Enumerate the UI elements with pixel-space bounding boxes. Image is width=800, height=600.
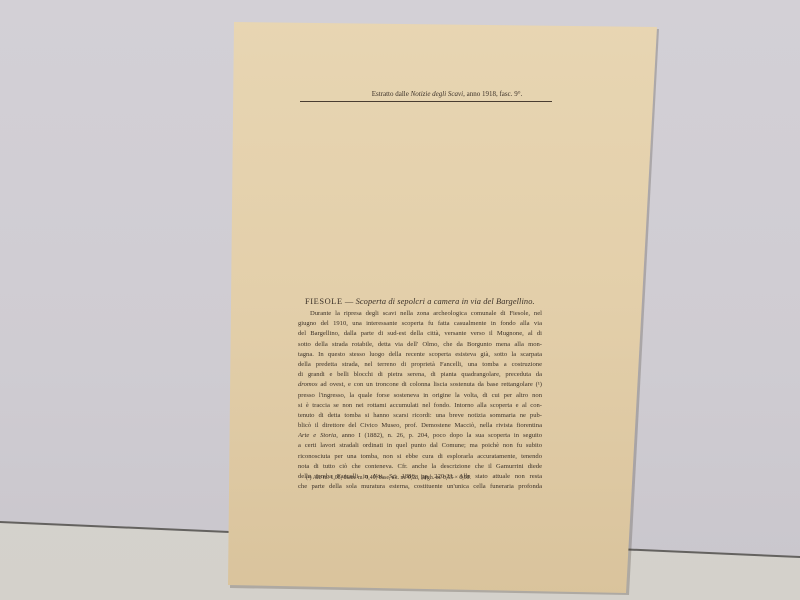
body-line: blicò il direttore del Civico Museo, pro… — [298, 421, 542, 431]
body-line: Arte e Storia, anno I (1882), n. 26, p. … — [298, 431, 542, 441]
footnote: (¹) Alt. m. 1,08, diam. m. 0,49; base, a… — [306, 475, 546, 481]
body-line: sotto della strada rotabile, detta via d… — [298, 340, 542, 350]
body-line: di grandi e belli blocchi di pietra sere… — [298, 370, 542, 380]
body-line: tenuto di detta tomba si hanno scarsi ri… — [298, 411, 542, 421]
document-text: Estratto dalle Notizie degli Scavi, anno… — [0, 0, 800, 600]
title-subject: Scoperta di sepolcri a camera in via del… — [356, 297, 535, 306]
header-rule — [300, 101, 552, 102]
body-line: che parte della sola muratura esterna, c… — [298, 482, 542, 492]
body-line: del Bargellino, dalla parte di sud-est d… — [298, 329, 542, 339]
article-body: Durante la ripresa degli scavi nella zon… — [298, 309, 542, 492]
body-line: Durante la ripresa degli scavi nella zon… — [298, 309, 542, 319]
body-line: a certi lavori stradali ordinati in quel… — [298, 441, 542, 451]
body-line: presso l'ingresso, la quale forse sosten… — [298, 391, 542, 401]
header-suffix: , anno 1918, fasc. 9°. — [463, 90, 522, 98]
body-line: giugno del 1910, una interessante scoper… — [298, 319, 542, 329]
article-title: FIESOLE — Scoperta di sepolcri a camera … — [305, 297, 545, 306]
body-line: si è traccia se non nei rottami accumula… — [298, 401, 542, 411]
body-line: della predetta strada, nel terreno di pr… — [298, 360, 542, 370]
title-location: FIESOLE — [305, 297, 343, 306]
body-line: riconosciuta per una tomba, non si ebbe … — [298, 452, 542, 462]
body-line: dromos ad ovest, e con un troncone di co… — [298, 380, 542, 390]
title-dash: — — [343, 297, 356, 306]
header-prefix: Estratto dalle — [372, 90, 411, 98]
body-line: tagna. In questo stesso luogo della rece… — [298, 350, 542, 360]
offprint-header: Estratto dalle Notizie degli Scavi, anno… — [337, 90, 557, 98]
header-journal: Notizie degli Scavi — [411, 90, 464, 98]
body-line: nota di tutto ciò che conteneva. Cfr. an… — [298, 462, 542, 472]
